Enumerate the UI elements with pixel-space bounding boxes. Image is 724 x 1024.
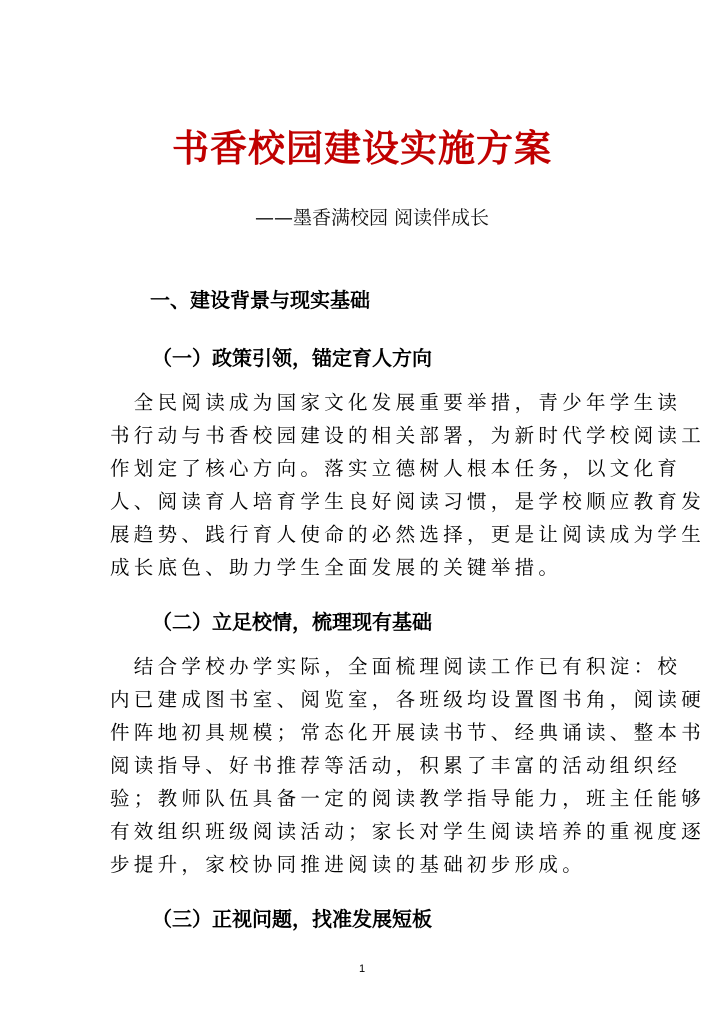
subsection-heading-2: （二）立足校情，梳理现有基础	[152, 606, 432, 635]
paragraph-line: 人、阅读育人培育学生良好阅读习惯，是学校顺应教育发	[110, 485, 600, 518]
paragraph-line: 作划定了核心方向。落实立德树人根本任务，以文化育	[110, 452, 600, 485]
paragraph-line: 成长底色、助力学生全面发展的关键举措。	[110, 551, 600, 584]
subsection-heading-3: （三）正视问题，找准发展短板	[152, 903, 432, 932]
paragraph-line: 书行动与书香校园建设的相关部署，为新时代学校阅读工	[110, 419, 600, 452]
paragraph-line: 结合学校办学实际，全面梳理阅读工作已有积淀：校	[110, 650, 600, 683]
page-number: 1	[0, 963, 724, 975]
paragraph-line: 有效组织班级阅读活动；家长对学生阅读培养的重视度逐	[110, 815, 600, 848]
section-heading: 一、建设背景与现实基础	[150, 284, 370, 313]
paragraph-2: 结合学校办学实际，全面梳理阅读工作已有积淀：校 内已建成图书室、阅览室，各班级均…	[110, 650, 600, 881]
paragraph-line: 内已建成图书室、阅览室，各班级均设置图书角，阅读硬	[110, 683, 600, 716]
paragraph-line: 件阵地初具规模；常态化开展读书节、经典诵读、整本书	[110, 716, 600, 749]
document-title: 书香校园建设实施方案	[0, 118, 724, 172]
paragraph-line: 步提升，家校协同推进阅读的基础初步形成。	[110, 848, 600, 881]
paragraph-line: 验；教师队伍具备一定的阅读教学指导能力，班主任能够	[110, 782, 600, 815]
paragraph-line: 展趋势、践行育人使命的必然选择，更是让阅读成为学生	[110, 518, 600, 551]
subsection-heading-1: （一）政策引领，锚定育人方向	[152, 342, 432, 371]
document-page: 书香校园建设实施方案 ——墨香满校园 阅读伴成长 一、建设背景与现实基础 （一）…	[0, 0, 724, 1024]
paragraph-1: 全民阅读成为国家文化发展重要举措，青少年学生读 书行动与书香校园建设的相关部署，…	[110, 386, 600, 584]
paragraph-line: 阅读指导、好书推荐等活动，积累了丰富的活动组织经	[110, 749, 600, 782]
document-subtitle: ——墨香满校园 阅读伴成长	[255, 203, 489, 230]
paragraph-line: 全民阅读成为国家文化发展重要举措，青少年学生读	[110, 386, 600, 419]
